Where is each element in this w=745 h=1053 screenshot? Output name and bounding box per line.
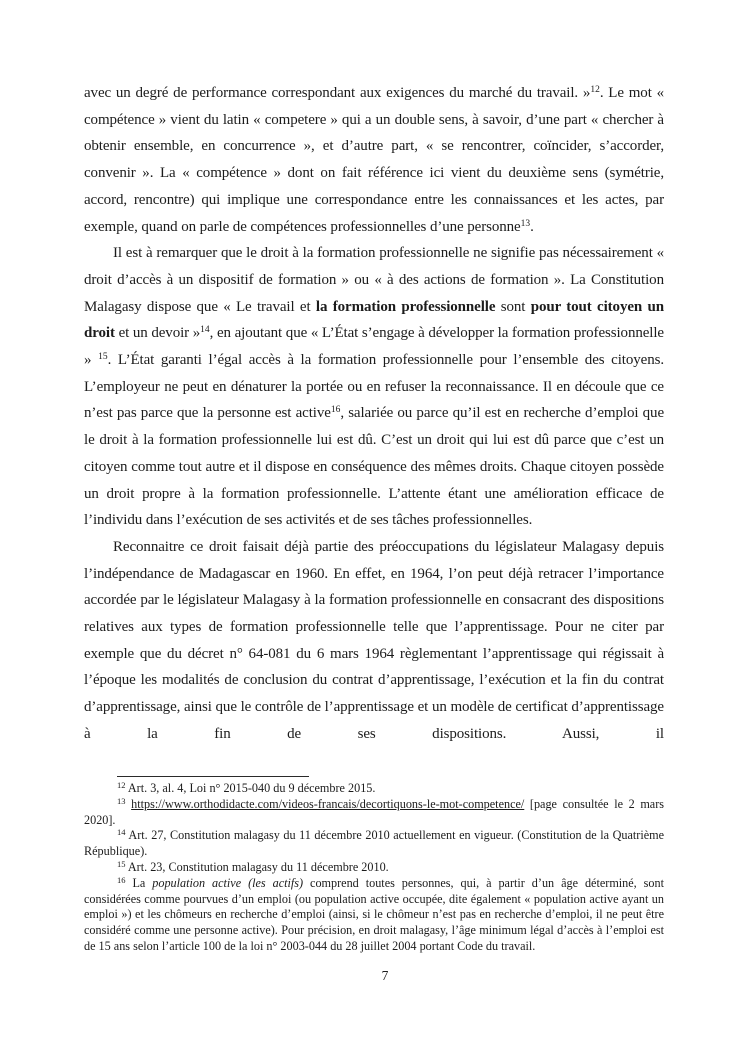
text-run: Art. 3, al. 4, Loi n° 2015-040 du 9 déce… [128,781,376,795]
footnote-number-16: 16 [117,875,126,885]
page-number: 7 [84,968,664,984]
footnote-number-15: 15 [117,859,126,869]
footnote-15: 15 Art. 23, Constitution malagasy du 11 … [84,860,664,876]
footnotes-section: 12 Art. 3, al. 4, Loi n° 2015-040 du 9 d… [84,776,664,955]
footnote-number-14: 14 [117,827,126,837]
paragraph-3: Reconnaitre ce droit faisait déjà partie… [84,534,664,748]
paragraph-1: avec un degré de performance corresponda… [84,80,664,240]
text-run: La [132,876,152,890]
paragraph-2: Il est à remarquer que le droit à la for… [84,240,664,534]
footnote-number-12: 12 [117,780,126,790]
footnote-number-13: 13 [117,796,126,806]
text-run: Art. 23, Constitution malagasy du 11 déc… [128,860,389,874]
text-run: avec un degré de performance corresponda… [84,85,590,101]
footnote-12: 12 Art. 3, al. 4, Loi n° 2015-040 du 9 d… [84,781,664,797]
footnote-14: 14 Art. 27, Constitution malagasy du 11 … [84,828,664,860]
text-run: sont [495,299,530,315]
document-page: avec un degré de performance corresponda… [0,0,745,1053]
footnote-16: 16 La population active (les actifs) com… [84,876,664,955]
body-text: avec un degré de performance corresponda… [84,80,664,748]
text-run: , salariée ou parce qu’il est en recherc… [84,405,664,528]
footnote-ref-12: 12 [590,85,600,95]
footnote-13: 13 https://www.orthodidacte.com/videos-f… [84,797,664,829]
text-run: . [530,219,534,235]
footnote-ref-13: 13 [521,219,531,229]
footnote-list: 12 Art. 3, al. 4, Loi n° 2015-040 du 9 d… [84,781,664,955]
footnote-url-link[interactable]: https://www.orthodidacte.com/videos-fran… [131,797,524,811]
text-run: et un devoir » [115,325,200,341]
text-run: population active (les actifs) [152,876,303,890]
text-run: la formation professionnelle [316,299,496,315]
text-run: Art. 27, Constitution malagasy du 11 déc… [84,828,664,858]
footnote-ref-15: 15 [98,352,108,362]
footnote-ref-16: 16 [331,405,341,415]
footnote-ref-14: 14 [200,325,210,335]
text-run: Reconnaitre ce droit faisait déjà partie… [84,539,664,742]
text-run: . Le mot « compétence » vient du latin «… [84,85,664,235]
footnote-separator [117,776,309,777]
